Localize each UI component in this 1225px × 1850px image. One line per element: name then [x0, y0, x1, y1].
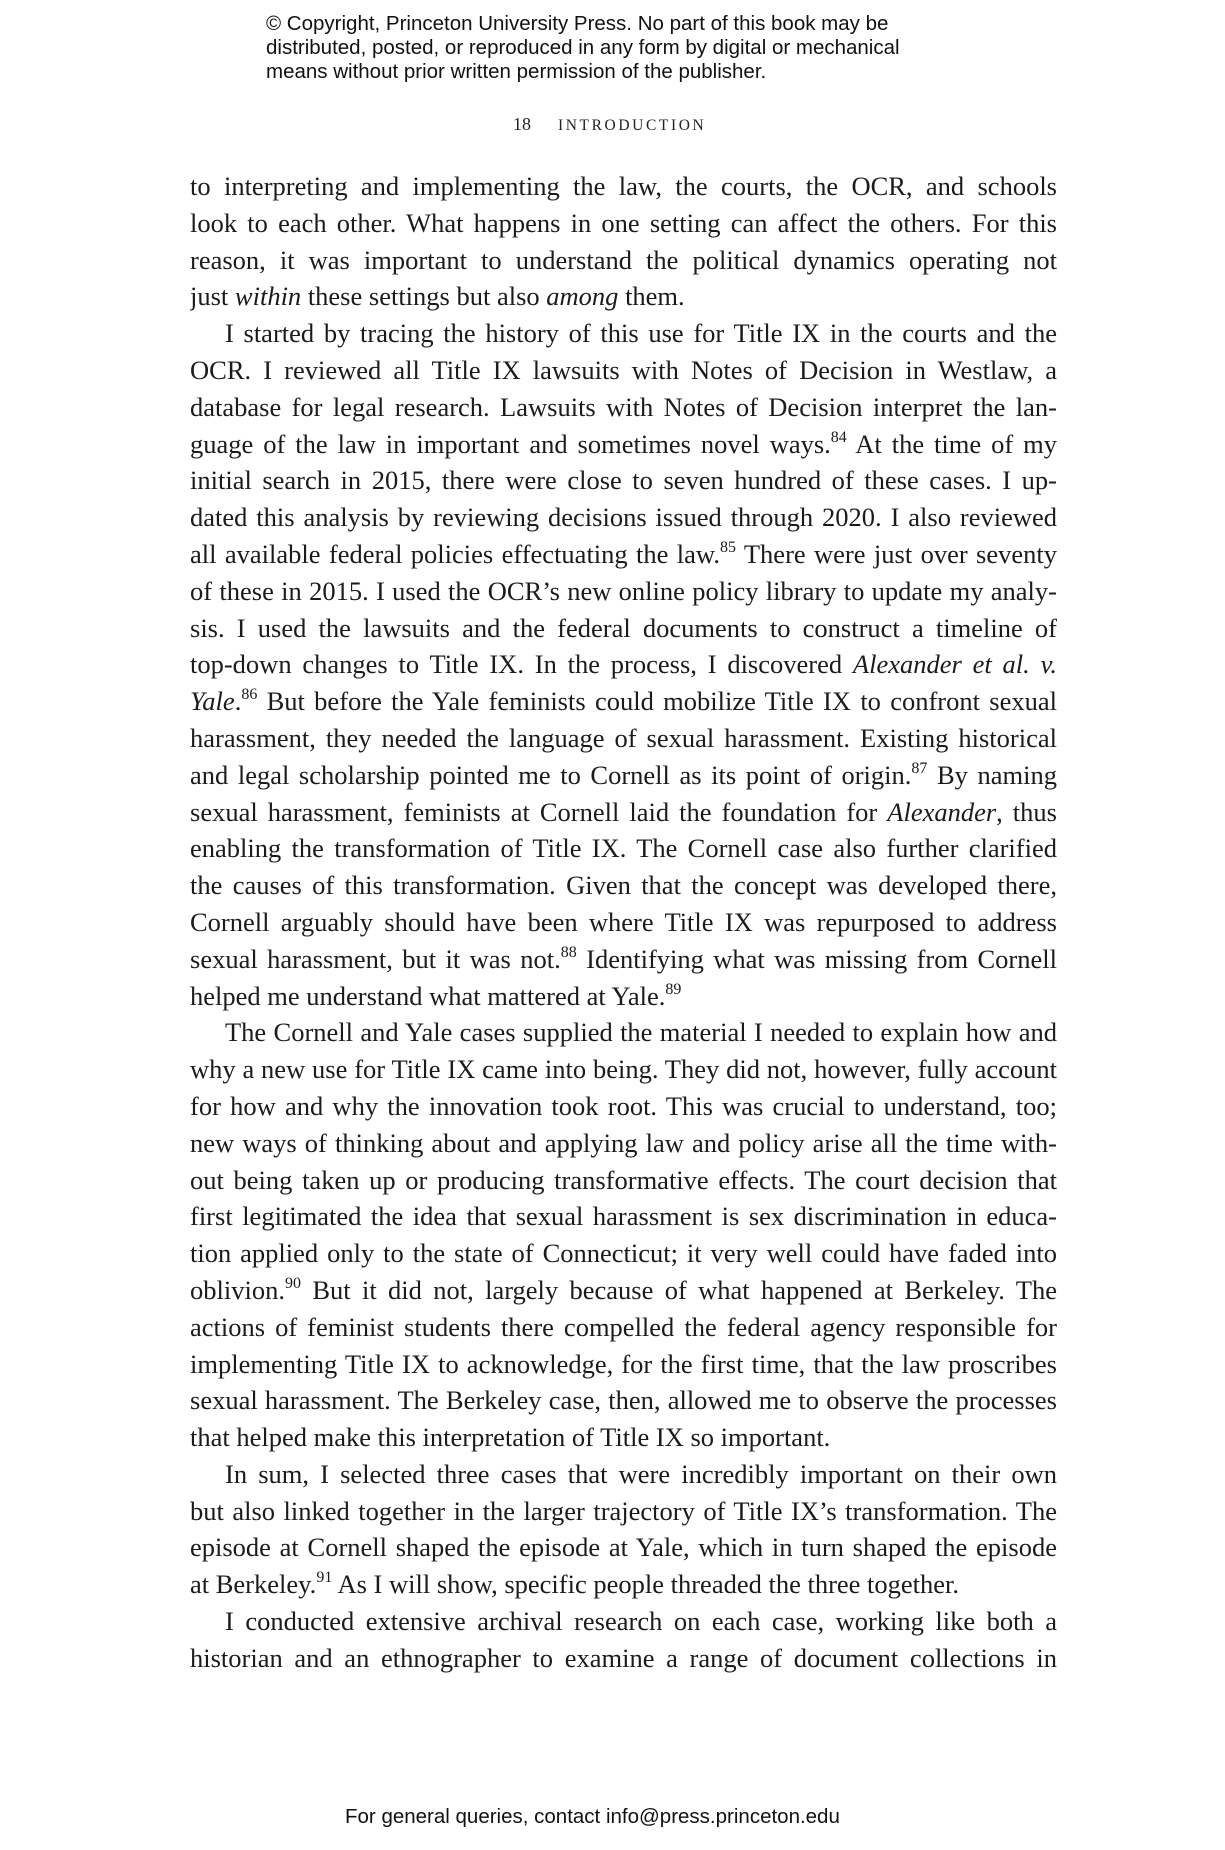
paragraph: I conducted extensive archival research … — [190, 1603, 1057, 1677]
text-line: sis. I used the lawsuits and the federal… — [190, 610, 1057, 647]
text-line: sexual harassment, but it was not.88 Ide… — [190, 941, 1057, 978]
footnote-ref: 90 — [285, 1275, 301, 1292]
text-line: actions of feminist students there compe… — [190, 1309, 1057, 1346]
text-line: to interpreting and implementing the law… — [190, 168, 1057, 205]
copyright-line: means without prior written permission o… — [266, 60, 966, 84]
text-line: the causes of this transformation. Given… — [190, 867, 1057, 904]
text-line: initial search in 2015, there were close… — [190, 462, 1057, 499]
italic-text: within — [235, 281, 301, 311]
section-title: INTRODUCTION — [558, 117, 706, 134]
text-line: Yale.86 But before the Yale feminists co… — [190, 683, 1057, 720]
text-line: new ways of thinking about and applying … — [190, 1125, 1057, 1162]
text-line: OCR. I reviewed all Title IX lawsuits wi… — [190, 352, 1057, 389]
text-line: tion applied only to the state of Connec… — [190, 1235, 1057, 1272]
text-line: of these in 2015. I used the OCR’s new o… — [190, 573, 1057, 610]
footnote-ref: 89 — [665, 981, 681, 998]
text-line: all available federal policies effectuat… — [190, 536, 1057, 573]
text-line: episode at Cornell shaped the episode at… — [190, 1529, 1057, 1566]
text-line: harassment, they needed the language of … — [190, 720, 1057, 757]
text-line: database for legal research. Lawsuits wi… — [190, 389, 1057, 426]
italic-text: among — [546, 281, 618, 311]
text-line: enabling the transformation of Title IX.… — [190, 830, 1057, 867]
text-line: reason, it was important to understand t… — [190, 242, 1057, 279]
text-line: at Berkeley.91 As I will show, specific … — [190, 1566, 1057, 1603]
text-line: I started by tracing the history of this… — [190, 315, 1057, 352]
italic-text: Alexander et al. v. — [853, 649, 1057, 679]
italic-text: Yale — [190, 686, 235, 716]
footnote-ref: 87 — [911, 760, 927, 777]
paragraph: to interpreting and implementing the law… — [190, 168, 1057, 315]
text-line: first legitimated the idea that sexual h… — [190, 1198, 1057, 1235]
text-line: Cornell arguably should have been where … — [190, 904, 1057, 941]
text-line: but also linked together in the larger t… — [190, 1493, 1057, 1530]
text-line: just within these settings but also amon… — [190, 278, 1057, 315]
text-line: oblivion.90 But it did not, largely beca… — [190, 1272, 1057, 1309]
text-line: out being taken up or producing transfor… — [190, 1162, 1057, 1199]
copyright-line: © Copyright, Princeton University Press.… — [266, 12, 966, 36]
copyright-notice: © Copyright, Princeton University Press.… — [266, 12, 966, 84]
copyright-line: distributed, posted, or reproduced in an… — [266, 36, 966, 60]
text-line: for how and why the innovation took root… — [190, 1088, 1057, 1125]
text-line: I conducted extensive archival research … — [190, 1603, 1057, 1640]
text-line: guage of the law in important and someti… — [190, 426, 1057, 463]
paragraph: I started by tracing the history of this… — [190, 315, 1057, 1014]
text-line: The Cornell and Yale cases supplied the … — [190, 1014, 1057, 1051]
text-line: dated this analysis by reviewing decisio… — [190, 499, 1057, 536]
text-line: sexual harassment. The Berkeley case, th… — [190, 1382, 1057, 1419]
footer-contact: For general queries, contact info@press.… — [345, 1805, 840, 1829]
footnote-ref: 84 — [831, 429, 847, 446]
text-line: and legal scholarship pointed me to Corn… — [190, 757, 1057, 794]
footnote-ref: 88 — [561, 944, 577, 961]
paragraph: In sum, I selected three cases that were… — [190, 1456, 1057, 1603]
italic-text: Alexander — [887, 797, 996, 827]
footnote-ref: 91 — [316, 1569, 332, 1586]
page-number: 18 — [513, 112, 558, 136]
text-line: sexual harassment, feminists at Cornell … — [190, 794, 1057, 831]
text-line: that helped make this interpretation of … — [190, 1419, 1057, 1456]
text-line: In sum, I selected three cases that were… — [190, 1456, 1057, 1493]
text-line: why a new use for Title IX came into bei… — [190, 1051, 1057, 1088]
text-line: historian and an ethnographer to examine… — [190, 1640, 1057, 1677]
paragraph: The Cornell and Yale cases supplied the … — [190, 1014, 1057, 1456]
text-line: top-down changes to Title IX. In the pro… — [190, 646, 1057, 683]
footnote-ref: 85 — [720, 539, 736, 556]
footnote-ref: 86 — [241, 686, 257, 703]
text-line: implementing Title IX to acknowledge, fo… — [190, 1346, 1057, 1383]
body-text: to interpreting and implementing the law… — [190, 168, 1057, 1677]
text-line: helped me understand what mattered at Ya… — [190, 978, 1057, 1015]
text-line: look to each other. What happens in one … — [190, 205, 1057, 242]
running-head: 18INTRODUCTION — [513, 112, 706, 138]
